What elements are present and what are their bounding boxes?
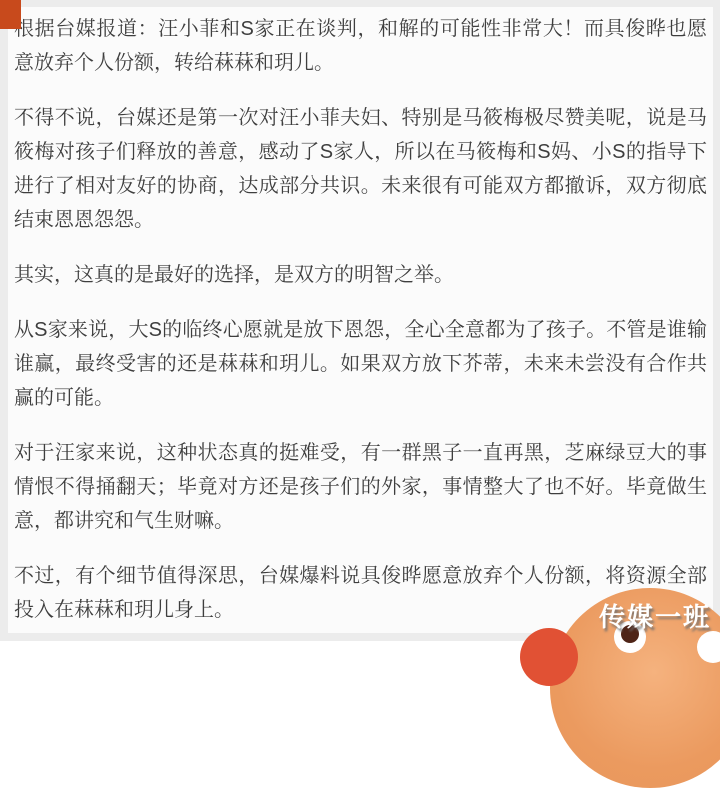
- article-content: 根据台媒报道：汪小菲和S家正在谈判，和解的可能性非常大！而具俊晔也愿意放弃个人份…: [8, 7, 713, 633]
- corner-accent-block: [0, 0, 21, 29]
- article-page: 根据台媒报道：汪小菲和S家正在谈判，和解的可能性非常大！而具俊晔也愿意放弃个人份…: [0, 0, 720, 641]
- paragraph-3: 其实，这真的是最好的选择，是双方的明智之举。: [14, 258, 707, 292]
- watermark-label: 传媒一班: [599, 597, 711, 634]
- paragraph-4: 从S家来说，大S的临终心愿就是放下恩怨，全心全意都为了孩子。不管是谁输谁赢，最终…: [14, 313, 707, 415]
- paragraph-1: 根据台媒报道：汪小菲和S家正在谈判，和解的可能性非常大！而具俊晔也愿意放弃个人份…: [14, 12, 707, 80]
- paragraph-5: 对于汪家来说，这种状态真的挺难受，有一群黑子一直再黑，芝麻绿豆大的事情恨不得捅翻…: [14, 436, 707, 538]
- paragraph-2: 不得不说，台媒还是第一次对汪小菲夫妇、特别是马筱梅极尽赞美呢，说是马筱梅对孩子们…: [14, 101, 707, 237]
